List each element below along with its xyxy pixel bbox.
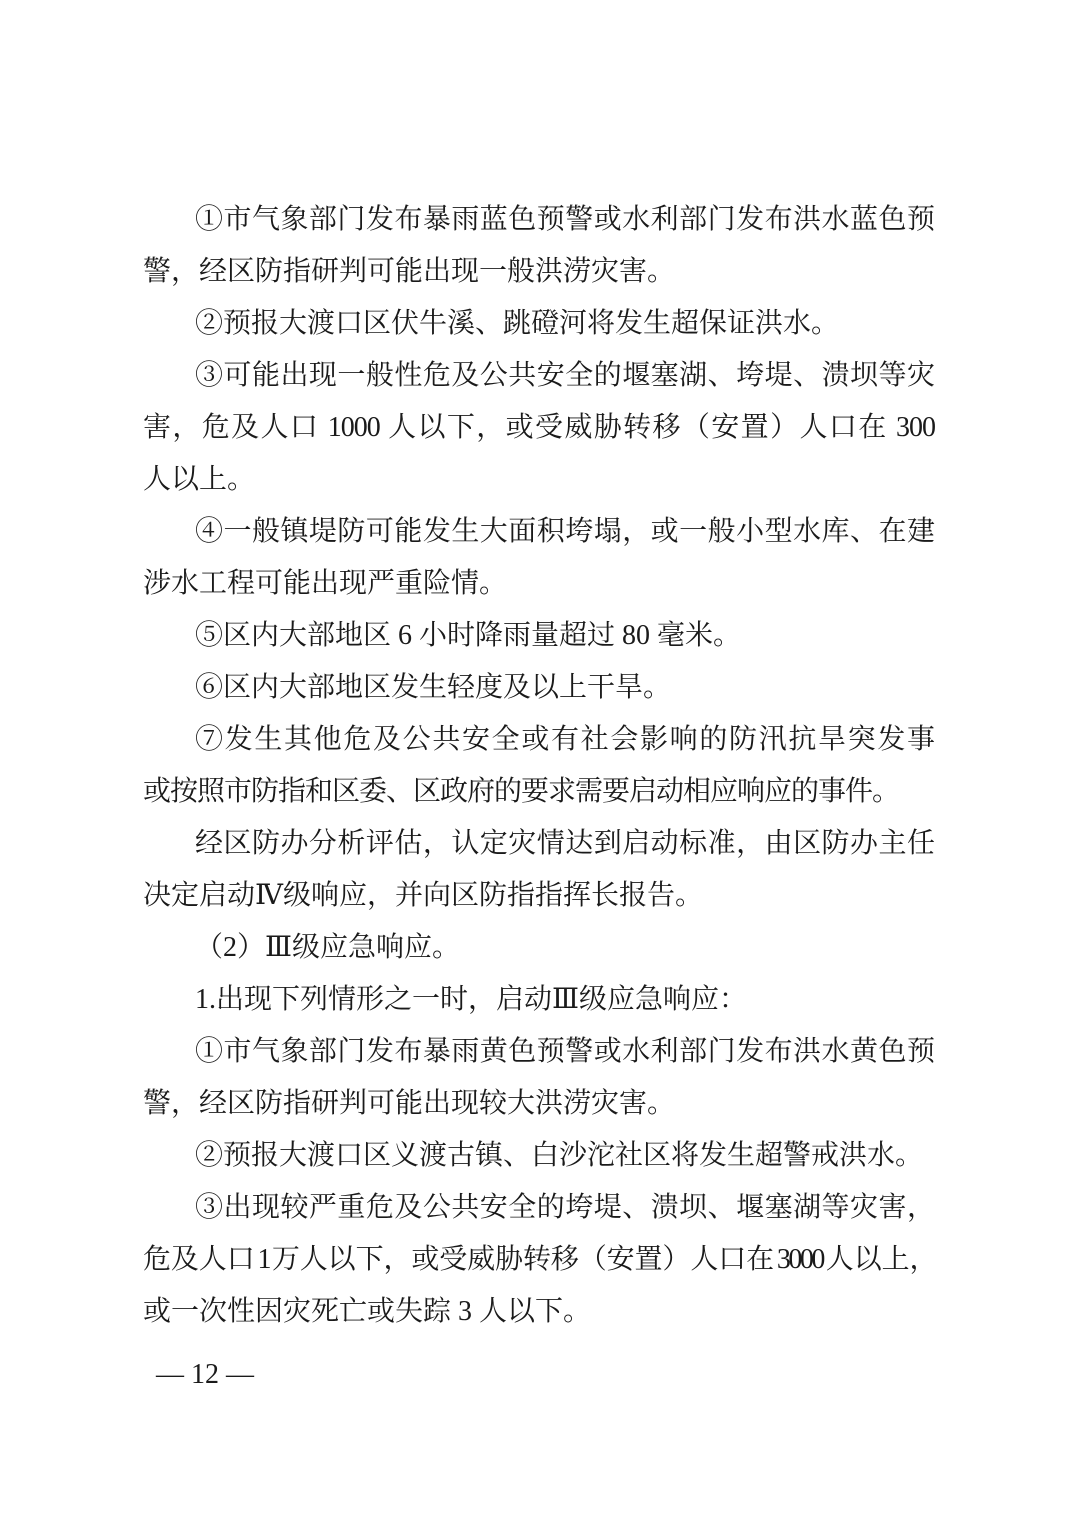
- text-line: ②预报大渡口区伏牛溪、跳磴河将发生超保证洪水。: [143, 298, 935, 350]
- text-line: ①市气象部门发布暴雨蓝色预警或水利部门发布洪水蓝色预: [143, 194, 935, 246]
- text-line: 或按照市防指和区委、区政府的要求需要启动相应响应的事件。: [143, 766, 935, 818]
- text-line: ④一般镇堤防可能发生大面积垮塌，或一般小型水库、在建: [143, 506, 935, 558]
- page-number-footer: — 12 —: [156, 1349, 254, 1401]
- text-line: ⑦发生其他危及公共安全或有社会影响的防汛抗旱突发事件，: [143, 714, 935, 766]
- text-line: ②预报大渡口区义渡古镇、白沙沱社区将发生超警戒洪水。: [143, 1130, 935, 1182]
- text-line: 1.出现下列情形之一时，启动Ⅲ级应急响应：: [143, 974, 935, 1026]
- text-line: 经区防办分析评估，认定灾情达到启动标准，由区防办主任: [143, 818, 935, 870]
- text-line: 警，经区防指研判可能出现较大洪涝灾害。: [143, 1078, 935, 1130]
- text-line: ③出现较严重危及公共安全的垮堤、溃坝、堰塞湖等灾害，: [143, 1182, 935, 1234]
- text-line: 或一次性因灾死亡或失踪 3 人以下。: [143, 1286, 935, 1338]
- text-line: 警，经区防指研判可能出现一般洪涝灾害。: [143, 246, 935, 298]
- text-line: ①市气象部门发布暴雨黄色预警或水利部门发布洪水黄色预: [143, 1026, 935, 1078]
- text-line: 人以上。: [143, 454, 935, 506]
- body-text: ①市气象部门发布暴雨蓝色预警或水利部门发布洪水蓝色预 警，经区防指研判可能出现一…: [143, 194, 935, 1338]
- text-line: 害，危及人口 1000 人以下，或受威胁转移（安置）人口在 300: [143, 402, 935, 454]
- text-line: 涉水工程可能出现严重险情。: [143, 558, 935, 610]
- document-page: ①市气象部门发布暴雨蓝色预警或水利部门发布洪水蓝色预 警，经区防指研判可能出现一…: [0, 0, 1074, 1520]
- text-line: ⑤区内大部地区 6 小时降雨量超过 80 毫米。: [143, 610, 935, 662]
- text-line: （2）Ⅲ级应急响应。: [143, 922, 935, 974]
- text-line: 危及人口 1 万人以下，或受威胁转移（安置）人口在 3000 人以上，: [143, 1234, 935, 1286]
- text-line: ③可能出现一般性危及公共安全的堰塞湖、垮堤、溃坝等灾: [143, 350, 935, 402]
- text-line: ⑥区内大部地区发生轻度及以上干旱。: [143, 662, 935, 714]
- text-line: 决定启动Ⅳ级响应，并向区防指指挥长报告。: [143, 870, 935, 922]
